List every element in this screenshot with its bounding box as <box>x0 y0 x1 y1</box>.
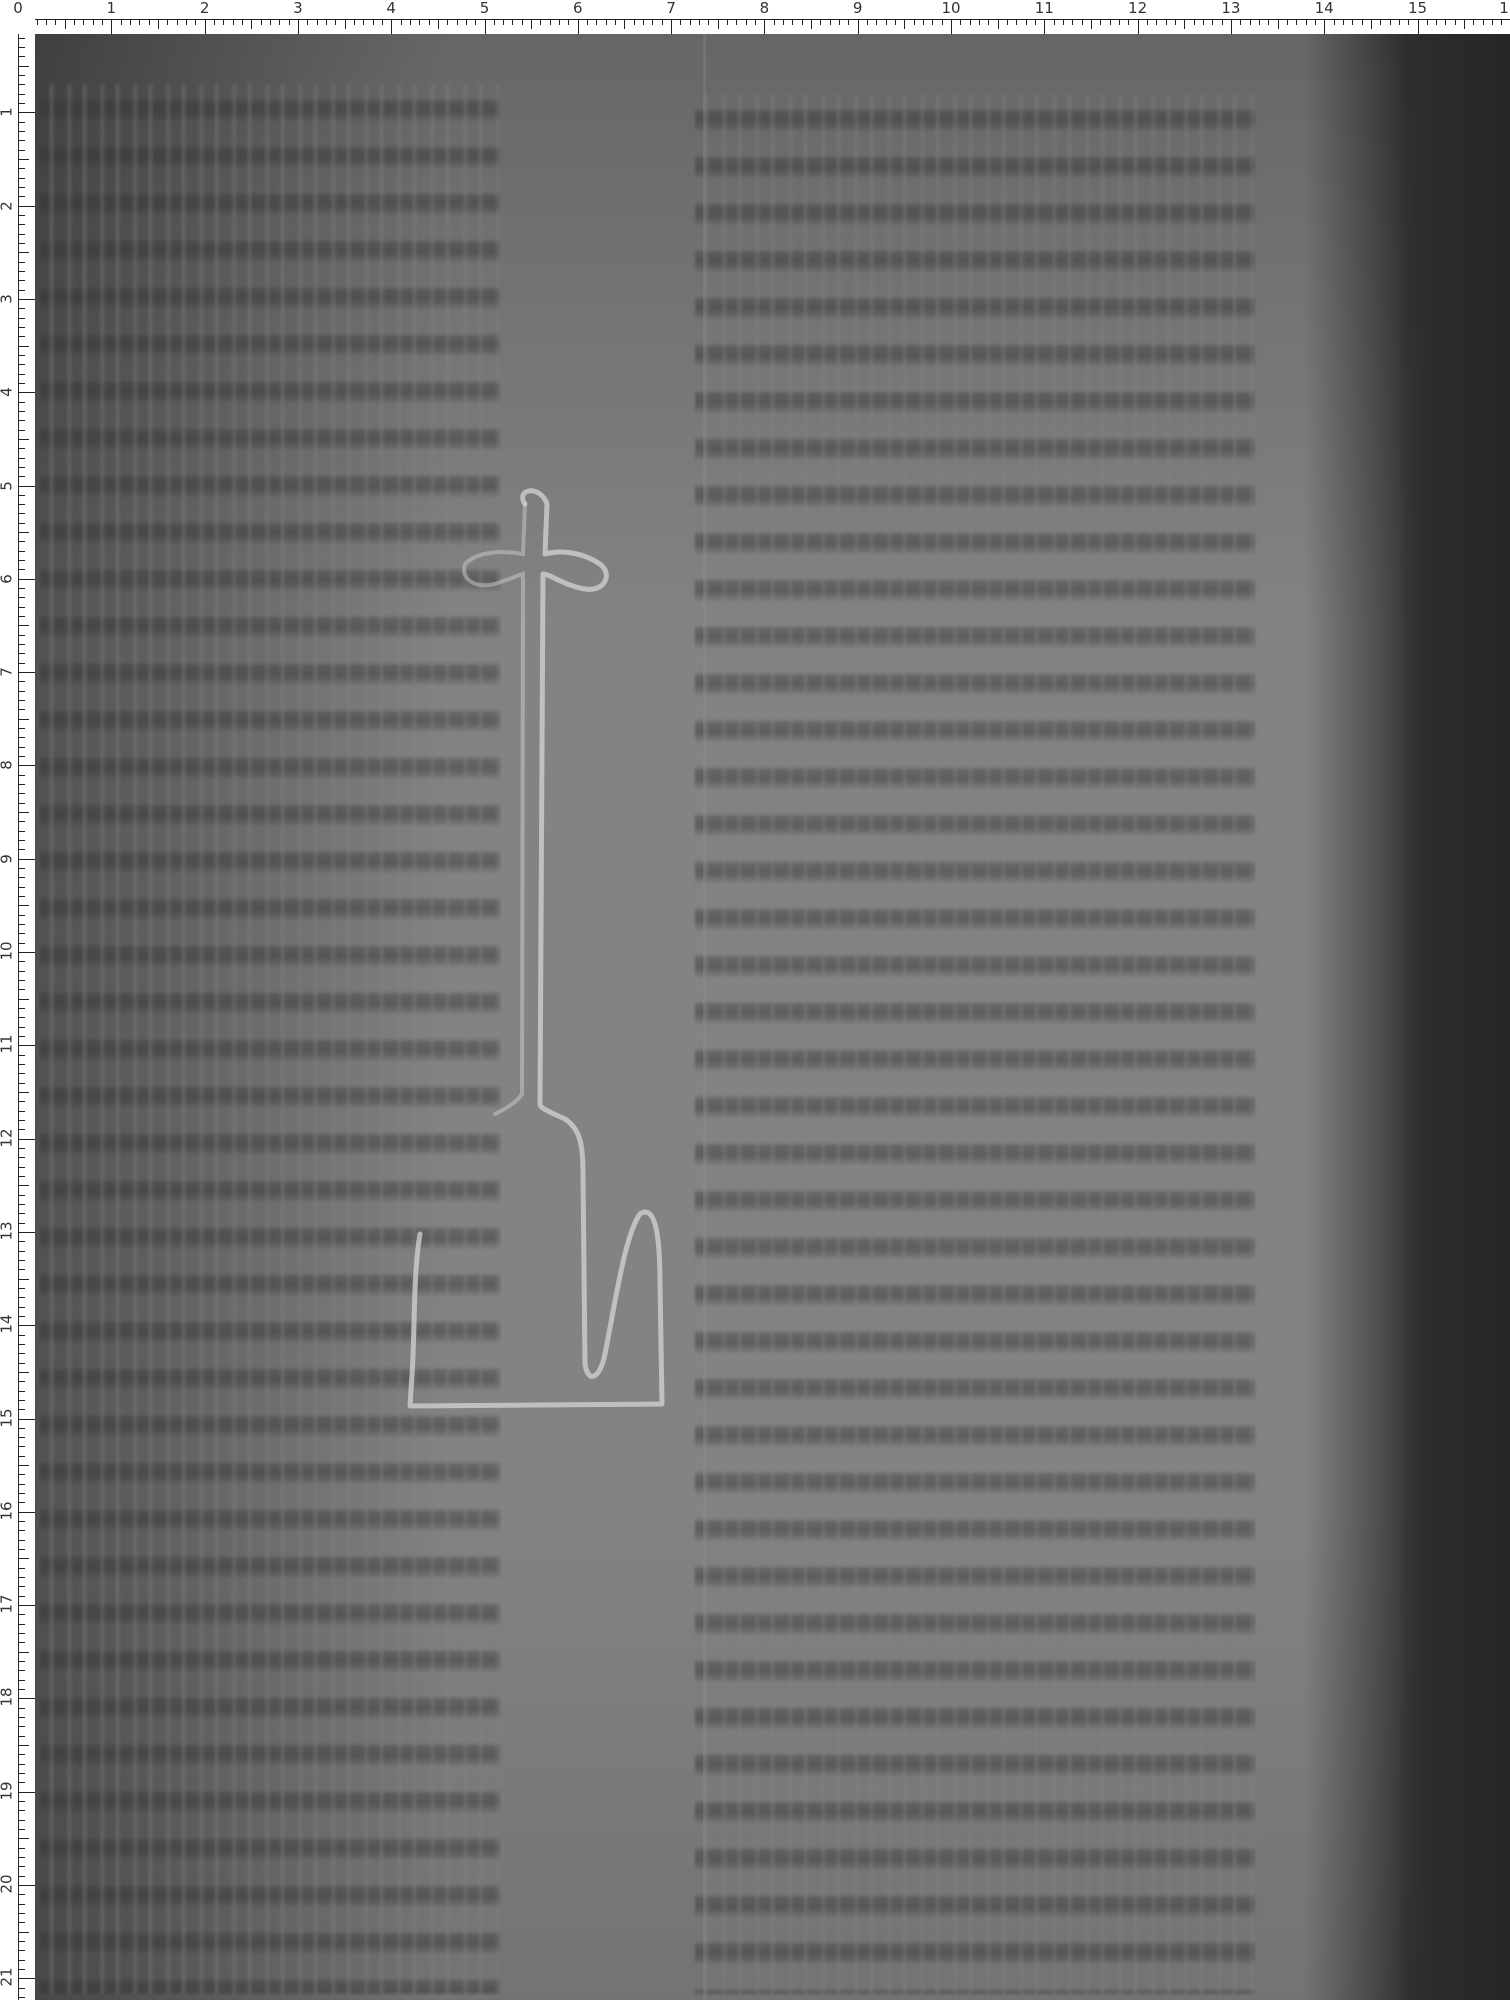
ruler-tick <box>18 1624 25 1625</box>
ruler-tick <box>177 19 178 25</box>
ruler-tick <box>18 840 25 841</box>
ruler-tick <box>18 1876 25 1877</box>
ruler-tick <box>18 1521 25 1522</box>
ruler-tick <box>354 19 355 25</box>
ruler-tick <box>18 430 25 431</box>
ruler-tick <box>18 1204 25 1205</box>
ruler-tick <box>18 411 25 412</box>
ruler-tick <box>746 19 747 25</box>
ruler-tick <box>18 1419 35 1420</box>
ruler-tick <box>1119 19 1120 25</box>
ruler-tick <box>18 859 35 860</box>
ruler-label: 3 <box>293 0 303 17</box>
ruler-tick <box>802 19 803 25</box>
ruler-tick <box>848 19 849 25</box>
ruler-tick <box>923 19 924 25</box>
ruler-corner <box>18 19 35 34</box>
ruler-tick <box>55 19 56 25</box>
ruler-tick <box>634 19 635 25</box>
ruler-tick <box>18 103 25 104</box>
ruler-tick <box>18 187 25 188</box>
ruler-label: 1 <box>107 0 117 17</box>
ruler-tick <box>18 1493 25 1494</box>
ruler-tick <box>401 19 402 25</box>
ruler-tick <box>1352 19 1353 25</box>
ruler-tick <box>317 19 318 25</box>
ruler-label: 1 <box>1499 0 1509 17</box>
ruler-tick <box>18 1950 25 1951</box>
ruler-tick <box>18 448 25 449</box>
ruler-tick <box>951 19 952 34</box>
ruler-tick <box>186 19 187 25</box>
ruler-tick <box>1362 19 1363 25</box>
ruler-tick <box>1007 19 1008 25</box>
ruler-tick <box>18 1745 29 1746</box>
ruler-tick <box>18 1885 35 1886</box>
ruler-tick <box>18 1185 29 1186</box>
ruler-label: 15 <box>1408 0 1427 17</box>
ruler-tick <box>18 84 25 85</box>
ruler-tick <box>18 1195 25 1196</box>
ruler-tick <box>18 94 25 95</box>
ruler-tick <box>1156 19 1157 25</box>
ruler-tick <box>998 19 999 29</box>
ruler-tick <box>1231 19 1232 34</box>
ruler-label: 8 <box>0 757 19 774</box>
ruler-tick <box>1240 19 1241 25</box>
ruler-tick <box>18 1922 25 1923</box>
vertical-ruler: 123456789101112131415161718192021 <box>0 19 35 2000</box>
ruler-tick <box>18 476 25 477</box>
ruler-tick <box>18 1866 25 1867</box>
ruler-tick <box>223 19 224 25</box>
ruler-tick <box>1455 19 1456 25</box>
ruler-tick <box>18 1288 25 1289</box>
ruler-tick <box>18 308 25 309</box>
ruler-tick <box>820 19 821 25</box>
ruler-tick <box>1492 19 1493 25</box>
ruler-tick <box>18 644 25 645</box>
ruler-tick <box>18 47 25 48</box>
ruler-tick <box>158 19 159 29</box>
ruler-tick <box>18 1848 25 1849</box>
ruler-tick <box>1184 19 1185 29</box>
ruler-tick <box>1222 19 1223 25</box>
ruler-tick <box>18 439 29 440</box>
ruler-tick <box>18 1279 29 1280</box>
ruler-tick <box>289 19 290 25</box>
ruler-tick <box>18 1652 29 1653</box>
ruler-tick <box>1371 19 1372 29</box>
ruler-label: 3 <box>0 290 19 307</box>
ruler-tick <box>18 178 25 179</box>
ruler-label: 21 <box>0 1970 19 1987</box>
ruler-tick <box>18 1605 35 1606</box>
ruler-tick <box>18 1055 25 1056</box>
ruler-label: 4 <box>386 0 396 17</box>
ruler-tick <box>568 19 569 25</box>
ruler-tick <box>18 75 25 76</box>
ruler-tick <box>18 1810 25 1811</box>
ruler-tick <box>18 915 25 916</box>
ruler-tick <box>18 1036 25 1037</box>
ruler-tick <box>615 19 616 25</box>
ruler-label: 18 <box>0 1690 19 1707</box>
ruler-tick <box>18 728 25 729</box>
ruler-label: 2 <box>200 0 210 17</box>
ruler-tick <box>18 383 25 384</box>
ruler-tick <box>1427 19 1428 25</box>
ruler-tick <box>18 1381 25 1382</box>
ruler-tick <box>764 19 765 34</box>
ruler-tick <box>18 793 25 794</box>
ruler-tick <box>83 19 84 25</box>
right-text-column <box>695 94 1255 1994</box>
ruler-tick <box>270 19 271 25</box>
ruler-tick <box>18 933 25 934</box>
ruler-tick <box>18 532 29 533</box>
ruler-tick <box>18 1764 25 1765</box>
ruler-tick <box>18 1558 29 1559</box>
ruler-label: 14 <box>1315 0 1334 17</box>
ruler-label: 6 <box>573 0 583 17</box>
ruler-label: 13 <box>1221 0 1240 17</box>
ruler-label: 15 <box>0 1410 19 1427</box>
ruler-tick <box>18 1568 25 1569</box>
ruler-tick <box>18 159 29 160</box>
ruler-tick <box>18 635 25 636</box>
ruler-tick <box>18 1540 25 1541</box>
ruler-tick <box>18 569 25 570</box>
ruler-tick <box>1054 19 1055 25</box>
ruler-tick <box>18 784 25 785</box>
ruler-tick <box>18 1614 25 1615</box>
ruler-tick <box>18 1670 25 1671</box>
ruler-tick <box>512 19 513 25</box>
ruler-tick <box>18 1680 25 1681</box>
ruler-tick <box>18 924 25 925</box>
ruler-tick <box>261 19 262 25</box>
ruler-tick <box>18 1530 25 1531</box>
ruler-tick <box>531 19 532 29</box>
ruler-tick <box>895 19 896 25</box>
ruler-tick <box>1203 19 1204 25</box>
page-edge-shadow <box>1397 34 1510 2000</box>
ruler-tick <box>1296 19 1297 25</box>
ruler-tick <box>46 19 47 25</box>
ruler-tick <box>214 19 215 25</box>
ruler-tick <box>18 1820 25 1821</box>
ruler-tick <box>447 19 448 25</box>
ruler-tick <box>485 19 486 34</box>
ruler-tick <box>1147 19 1148 25</box>
ruler-tick <box>102 19 103 25</box>
ruler-tick <box>494 19 495 25</box>
ruler-tick <box>1016 19 1017 25</box>
ruler-tick <box>18 1586 25 1587</box>
ruler-tick <box>1091 19 1092 29</box>
ruler-tick <box>699 19 700 25</box>
ruler-tick <box>1343 19 1344 25</box>
ruler-tick <box>839 19 840 25</box>
ruler-tick <box>830 19 831 25</box>
ruler-tick <box>18 1997 25 1998</box>
ruler-tick <box>466 19 467 25</box>
ruler-tick <box>18 719 29 720</box>
ruler-tick <box>18 1428 25 1429</box>
ruler-label: 12 <box>0 1130 19 1147</box>
ruler-tick <box>774 19 775 25</box>
ruler-tick <box>1399 19 1400 25</box>
ruler-tick <box>18 1913 25 1914</box>
ruler-tick <box>18 1792 35 1793</box>
ruler-tick <box>1138 19 1139 34</box>
ruler-tick <box>18 1960 25 1961</box>
ruler-tick <box>1436 19 1437 25</box>
ruler-tick <box>18 597 25 598</box>
ruler-tick <box>18 122 25 123</box>
ruler-tick <box>624 19 625 29</box>
ruler-tick <box>1128 19 1129 25</box>
ruler-tick <box>652 19 653 25</box>
ruler-tick <box>18 1577 25 1578</box>
ruler-tick <box>18 1111 25 1112</box>
ruler-tick <box>18 1801 25 1802</box>
ruler-tick <box>419 19 420 25</box>
ruler-tick <box>18 66 29 67</box>
ruler-tick <box>18 560 25 561</box>
ruler-tick <box>18 1316 25 1317</box>
ruler-tick <box>18 392 35 393</box>
ruler-tick <box>18 327 25 328</box>
ruler-label: 5 <box>480 0 490 17</box>
ruler-label: 10 <box>0 944 19 961</box>
ruler-tick <box>18 112 35 113</box>
ruler-tick <box>18 1148 25 1149</box>
ruler-label: 19 <box>0 1783 19 1800</box>
ruler-tick <box>1418 19 1419 34</box>
ruler-tick <box>18 803 25 804</box>
ruler-tick <box>1175 19 1176 25</box>
ruler-tick <box>18 280 25 281</box>
ruler-tick <box>18 905 29 906</box>
ruler-tick <box>18 196 25 197</box>
ruler-tick <box>18 1083 25 1084</box>
left-text-column <box>40 84 500 1994</box>
ruler-tick <box>18 1223 25 1224</box>
ruler-tick <box>18 1008 25 1009</box>
ruler-tick <box>18 765 35 766</box>
ruler-tick <box>111 19 112 34</box>
ruler-tick <box>345 19 346 29</box>
ruler-tick <box>18 467 25 468</box>
ruler-tick <box>18 1363 25 1364</box>
ruler-label: 10 <box>941 0 960 17</box>
ruler-tick <box>522 19 523 25</box>
ruler-tick <box>18 346 29 347</box>
ruler-tick <box>167 19 168 25</box>
ruler-tick <box>18 224 25 225</box>
ruler-tick <box>18 336 25 337</box>
ruler-tick <box>391 19 392 34</box>
ruler-tick <box>18 877 25 878</box>
ruler-label: 4 <box>0 384 19 401</box>
ruler-tick <box>93 19 94 25</box>
ruler-tick <box>18 420 25 421</box>
ruler-tick <box>811 19 812 29</box>
ruler-label: 20 <box>0 1877 19 1894</box>
ruler-tick <box>18 775 25 776</box>
ruler-tick <box>18 1446 25 1447</box>
ruler-tick <box>1259 19 1260 25</box>
ruler-tick <box>970 19 971 25</box>
ruler-tick <box>18 653 25 654</box>
horizontal-ruler: 01234567891011121314151 <box>18 0 1510 34</box>
manuscript-scan <box>35 34 1510 2000</box>
ruler-tick <box>1315 19 1316 25</box>
ruler-tick <box>429 19 430 25</box>
ruler-tick <box>18 504 25 505</box>
ruler-tick <box>18 1064 25 1065</box>
ruler-tick <box>559 19 560 25</box>
ruler-tick <box>18 1073 25 1074</box>
ruler-tick <box>18 1894 25 1895</box>
ruler-tick <box>18 1344 25 1345</box>
ruler-tick <box>18 1838 29 1839</box>
ruler-tick <box>18 1661 25 1662</box>
ruler-tick <box>1250 19 1251 25</box>
ruler-tick <box>643 19 644 25</box>
ruler-label: 9 <box>0 850 19 867</box>
ruler-tick <box>410 19 411 25</box>
ruler-tick <box>550 19 551 25</box>
ruler-tick <box>1306 19 1307 25</box>
ruler-tick <box>18 1456 25 1457</box>
ruler-tick <box>1278 19 1279 29</box>
ruler-tick <box>18 1092 29 1093</box>
ruler-tick <box>1100 19 1101 25</box>
ruler-tick <box>1380 19 1381 25</box>
ruler-tick <box>18 1017 25 1018</box>
ruler-tick <box>65 19 66 29</box>
ruler-tick <box>886 19 887 25</box>
ruler-tick <box>18 1129 25 1130</box>
ruler-tick <box>18 234 25 235</box>
ruler-tick <box>74 19 75 25</box>
column-gutter <box>703 34 706 2000</box>
ruler-tick <box>18 961 25 962</box>
ruler-tick <box>18 756 25 757</box>
ruler-tick <box>1324 19 1325 34</box>
ruler-tick <box>18 625 29 626</box>
ruler-tick <box>932 19 933 25</box>
ruler-tick <box>382 19 383 25</box>
ruler-tick <box>18 1502 25 1503</box>
ruler-tick <box>18 868 25 869</box>
ruler-tick <box>18 1409 25 1410</box>
ruler-tick <box>18 1232 35 1233</box>
ruler-tick <box>1268 19 1269 25</box>
ruler-tick <box>18 999 29 1000</box>
ruler-label: 7 <box>0 664 19 681</box>
ruler-tick <box>1044 19 1045 34</box>
ruler-tick <box>18 831 25 832</box>
ruler-tick <box>18 1484 25 1485</box>
ruler-tick <box>904 19 905 29</box>
ruler-tick <box>18 1474 25 1475</box>
ruler-tick <box>876 19 877 25</box>
ruler-tick <box>18 1512 35 1513</box>
ruler-tick <box>690 19 691 25</box>
ruler-tick <box>18 1157 25 1158</box>
ruler-tick <box>18 150 25 151</box>
ruler-tick <box>671 19 672 34</box>
ruler-tick <box>1473 19 1474 25</box>
ruler-tick <box>680 19 681 25</box>
ruler-tick <box>18 1167 25 1168</box>
ruler-tick <box>18 663 25 664</box>
ruler-tick <box>18 1325 35 1326</box>
ruler-tick <box>18 747 25 748</box>
ruler-tick <box>195 19 196 25</box>
ruler-tick <box>475 19 476 25</box>
ruler-tick <box>606 19 607 25</box>
ruler-tick <box>18 1642 25 1643</box>
ruler-label: 1 <box>0 104 19 121</box>
ruler-tick <box>1464 19 1465 29</box>
ruler-tick <box>139 19 140 25</box>
ruler-tick <box>18 1904 25 1905</box>
ruler-tick <box>130 19 131 25</box>
ruler-tick <box>18 709 25 710</box>
ruler-tick <box>792 19 793 25</box>
ruler-tick <box>18 140 25 141</box>
ruler-tick <box>1110 19 1111 25</box>
ruler-tick <box>979 19 980 25</box>
ruler-tick <box>867 19 868 25</box>
ruler-tick <box>149 19 150 25</box>
ruler-label: 9 <box>853 0 863 17</box>
ruler-tick <box>18 691 25 692</box>
ruler-tick <box>18 1045 35 1046</box>
ruler-tick <box>18 579 35 580</box>
ruler-tick <box>18 262 25 263</box>
ruler-tick <box>18 1101 25 1102</box>
ruler-tick <box>251 19 252 29</box>
ruler-tick <box>242 19 243 25</box>
ruler-tick <box>18 887 25 888</box>
ruler-label: 17 <box>0 1597 19 1614</box>
ruler-tick <box>18 1400 25 1401</box>
ruler-tick <box>18 1213 25 1214</box>
ruler-tick <box>18 215 25 216</box>
ruler-tick <box>326 19 327 25</box>
ruler-tick <box>18 1829 25 1830</box>
ruler-tick <box>18 38 25 39</box>
ruler-tick <box>233 19 234 25</box>
ruler-tick <box>438 19 439 29</box>
ruler-tick <box>18 849 25 850</box>
ruler-tick <box>1063 19 1064 25</box>
ruler-tick <box>18 1307 25 1308</box>
ruler-label: 5 <box>0 477 19 494</box>
ruler-tick <box>858 19 859 34</box>
ruler-tick <box>18 1726 25 1727</box>
ruler-tick <box>18 495 25 496</box>
ruler-tick <box>18 1139 35 1140</box>
ruler-tick <box>457 19 458 25</box>
ruler-tick <box>18 1773 25 1774</box>
